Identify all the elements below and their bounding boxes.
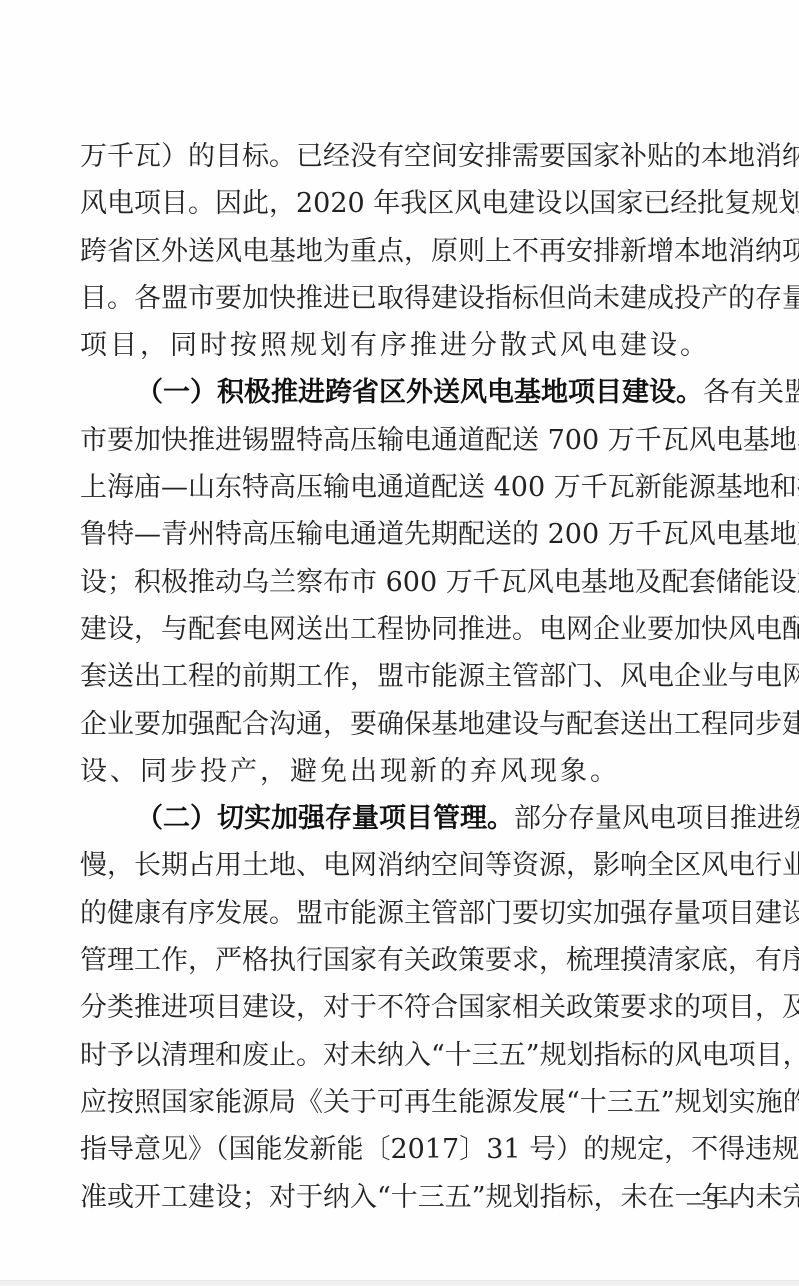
text-line: 目。各盟市要加快推进已取得建设指标但尚未建成投产的存量 xyxy=(80,275,748,322)
text-line: 设、同步投产，避免出现新的弃风现象。 xyxy=(80,748,748,795)
text-line: 套送出工程的前期工作，盟市能源主管部门、风电企业与电网 xyxy=(80,653,748,700)
text-line: 鲁特—青州特高压输电通道先期配送的 200 万千瓦风电基地建 xyxy=(80,511,748,558)
text-line: 建设，与配套电网送出工程协同推进。电网企业要加快风电配 xyxy=(80,606,748,653)
text-line: 分类推进项目建设，对于不符合国家相关政策要求的项目，及 xyxy=(80,984,748,1031)
heading-continuation: 部分存量风电项目推进缓 xyxy=(514,803,799,834)
heading-continuation: 各有关盟 xyxy=(703,377,799,408)
text-line: 跨省区外送风电基地为重点，原则上不再安排新增本地消纳项 xyxy=(80,228,748,275)
text-line: 风电项目。因此，2020 年我区风电建设以国家已经批复规划的 xyxy=(80,180,748,227)
text-line: 时予以清理和废止。对未纳入“十三五”规划指标的风电项目， xyxy=(80,1032,748,1079)
text-line: 慢，长期占用土地、电网消纳空间等资源，影响全区风电行业 xyxy=(80,842,748,889)
page-bottom-edge xyxy=(0,1280,799,1286)
section-heading-line: （二）切实加强存量项目管理。部分存量风电项目推进缓 xyxy=(80,795,748,842)
page-number: —3— xyxy=(686,1190,739,1214)
text-line: 企业要加强配合沟通，要确保基地建设与配套送出工程同步建 xyxy=(80,701,748,748)
text-line: 指导意见》（国能发新能〔2017〕31 号）的规定，不得违规核 xyxy=(80,1126,748,1173)
text-line: 项目，同时按照规划有序推进分散式风电建设。 xyxy=(80,322,748,369)
text-line: 的健康有序发展。盟市能源主管部门要切实加强存量项目建设 xyxy=(80,890,748,937)
document-body: 万千瓦）的目标。已经没有空间安排需要国家补贴的本地消纳 风电项目。因此，2020… xyxy=(80,133,748,1221)
text-line: 上海庙—山东特高压输电通道配送 400 万千瓦新能源基地和扎 xyxy=(80,464,748,511)
section-heading-line: （一）积极推进跨省区外送风电基地项目建设。各有关盟 xyxy=(80,369,748,416)
section-heading-1: （一）积极推进跨省区外送风电基地项目建设。 xyxy=(136,377,703,408)
text-line: 市要加快推进锡盟特高压输电通道配送 700 万千瓦风电基地、 xyxy=(80,417,748,464)
text-line: 万千瓦）的目标。已经没有空间安排需要国家补贴的本地消纳 xyxy=(80,133,748,180)
text-line: 管理工作，严格执行国家有关政策要求，梳理摸清家底，有序 xyxy=(80,937,748,984)
document-page: 万千瓦）的目标。已经没有空间安排需要国家补贴的本地消纳 风电项目。因此，2020… xyxy=(0,0,799,1280)
text-line: 准或开工建设；对于纳入“十三五”规划指标，未在一年内未完 xyxy=(80,1174,748,1221)
text-line: 应按照国家能源局《关于可再生能源发展“十三五”规划实施的 xyxy=(80,1079,748,1126)
section-heading-2: （二）切实加强存量项目管理。 xyxy=(136,803,514,834)
text-line: 设；积极推动乌兰察布市 600 万千瓦风电基地及配套储能设施 xyxy=(80,559,748,606)
